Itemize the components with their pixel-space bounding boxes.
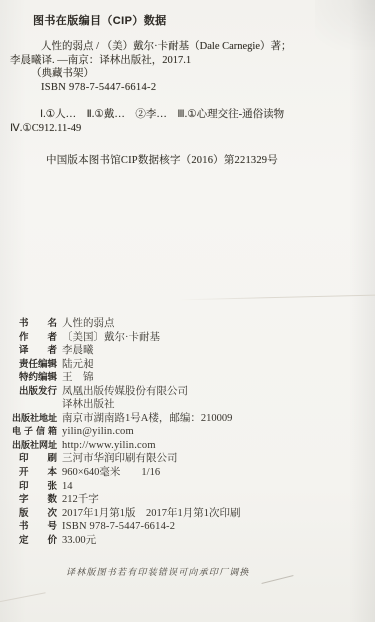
table-row-website: 出版社网址 http://www.yilin.com [19, 439, 359, 453]
field-label: 书名 [19, 317, 57, 331]
field-label: 定价 [19, 534, 57, 548]
table-row-title: 书名 人性的弱点 [19, 317, 359, 331]
field-label: 印张 [19, 480, 57, 494]
field-value: 三河市华润印刷有限公司 [62, 452, 178, 466]
field-label: 字数 [19, 493, 57, 507]
field-value: 译林出版社 [62, 398, 115, 412]
table-row-author: 作者 〔美国〕戴尔·卡耐基 [19, 331, 359, 345]
table-row-address: 出版社地址 南京市湖南路1号A楼，邮编：210009 [19, 412, 359, 426]
field-value: 南京市湖南路1号A楼，邮编：210009 [62, 412, 232, 426]
field-value: http://www.yilin.com [62, 439, 156, 453]
table-row-contributing-editor: 特约编辑 王 锦 [19, 371, 359, 385]
table-row-edition: 版次 2017年1月第1版 2017年1月第1次印刷 [19, 507, 359, 521]
field-label: 译者 [19, 344, 57, 358]
field-value: yilin@yilin.com [62, 425, 134, 439]
field-label: 责任编辑 [19, 358, 57, 372]
cip-entry-series-line: （典藏书架） [10, 67, 330, 81]
cip-record-number: 中国版本图书馆CIP数据核字（2016）第221329号 [46, 152, 278, 167]
field-value: 2017年1月第1版 2017年1月第1次印刷 [62, 507, 241, 521]
table-row-publisher-cont: 译林出版社 [19, 398, 359, 412]
book-copyright-page: { "cip": { "header": "图书在版编目（CIP）数据", "e… [0, 0, 375, 622]
cip-entry-title-line: 人性的弱点 / （美）戴尔·卡耐基（Dale Carnegie）著； [10, 40, 330, 54]
field-value: 王 锦 [62, 371, 94, 385]
field-label: 版次 [19, 507, 57, 521]
field-label: 出版发行 [19, 385, 57, 399]
field-value: ISBN 978-7-5447-6614-2 [62, 520, 175, 534]
colophon-table: 书名 人性的弱点 作者 〔美国〕戴尔·卡耐基 译者 李晨曦 责任编辑 陆元昶 特… [19, 317, 359, 547]
table-row-isbn: 书号 ISBN 978-7-5447-6614-2 [19, 520, 359, 534]
table-row-editor: 责任编辑 陆元昶 [19, 358, 359, 372]
field-label: 特约编辑 [19, 371, 57, 385]
field-label: 开本 [19, 466, 57, 480]
scan-scratch-right [261, 575, 293, 584]
field-label: 出版社网址 [12, 439, 57, 453]
field-value: 人性的弱点 [62, 317, 115, 331]
scan-crease [178, 295, 375, 301]
field-value: 212千字 [62, 493, 99, 507]
table-row-price: 定价 33.00元 [19, 534, 359, 548]
table-row-printer: 印刷 三河市华润印刷有限公司 [19, 452, 359, 466]
table-row-translator: 译者 李晨曦 [19, 344, 359, 358]
cip-entry: 人性的弱点 / （美）戴尔·卡耐基（Dale Carnegie）著； 李晨曦译.… [10, 40, 330, 94]
cip-entry-isbn-line: ISBN 978-7-5447-6614-2 [10, 81, 330, 95]
field-label: 电子信箱 [12, 425, 57, 439]
table-row-publisher: 出版发行 凤凰出版传媒股份有限公司 [19, 385, 359, 399]
field-label: 书号 [19, 520, 57, 534]
cip-entry-publisher-line: 李晨曦译. —南京：译林出版社，2017.1 [10, 54, 330, 68]
field-label: 印刷 [19, 452, 57, 466]
field-value: 陆元昶 [62, 358, 94, 372]
cip-classification: Ⅰ.①人… Ⅱ.①戴… ②李… Ⅲ.①心理交往-通俗读物 Ⅳ.①C912.11-… [10, 108, 340, 136]
table-row-sheets: 印张 14 [19, 480, 359, 494]
footer-note: 译林版图书若有印装错误可向承印厂调换 [66, 565, 250, 578]
cip-header: 图书在版编目（CIP）数据 [33, 12, 167, 28]
field-label: 作者 [19, 331, 57, 345]
table-row-email: 电子信箱 yilin@yilin.com [19, 425, 359, 439]
table-row-wordcount: 字数 212千字 [19, 493, 359, 507]
table-row-format: 开本 960×640毫米 1/16 [19, 466, 359, 480]
cip-class-line1: Ⅰ.①人… Ⅱ.①戴… ②李… Ⅲ.①心理交往-通俗读物 [10, 108, 340, 122]
field-value: 李晨曦 [62, 344, 94, 358]
field-label: 出版社地址 [12, 412, 57, 426]
scan-scratch-left [0, 592, 46, 603]
field-value: 14 [62, 480, 73, 494]
field-value: 凤凰出版传媒股份有限公司 [62, 385, 188, 399]
field-value: 33.00元 [62, 534, 96, 548]
field-value: 〔美国〕戴尔·卡耐基 [62, 331, 160, 345]
field-value: 960×640毫米 1/16 [62, 466, 160, 480]
cip-class-line2: Ⅳ.①C912.11-49 [10, 122, 340, 136]
